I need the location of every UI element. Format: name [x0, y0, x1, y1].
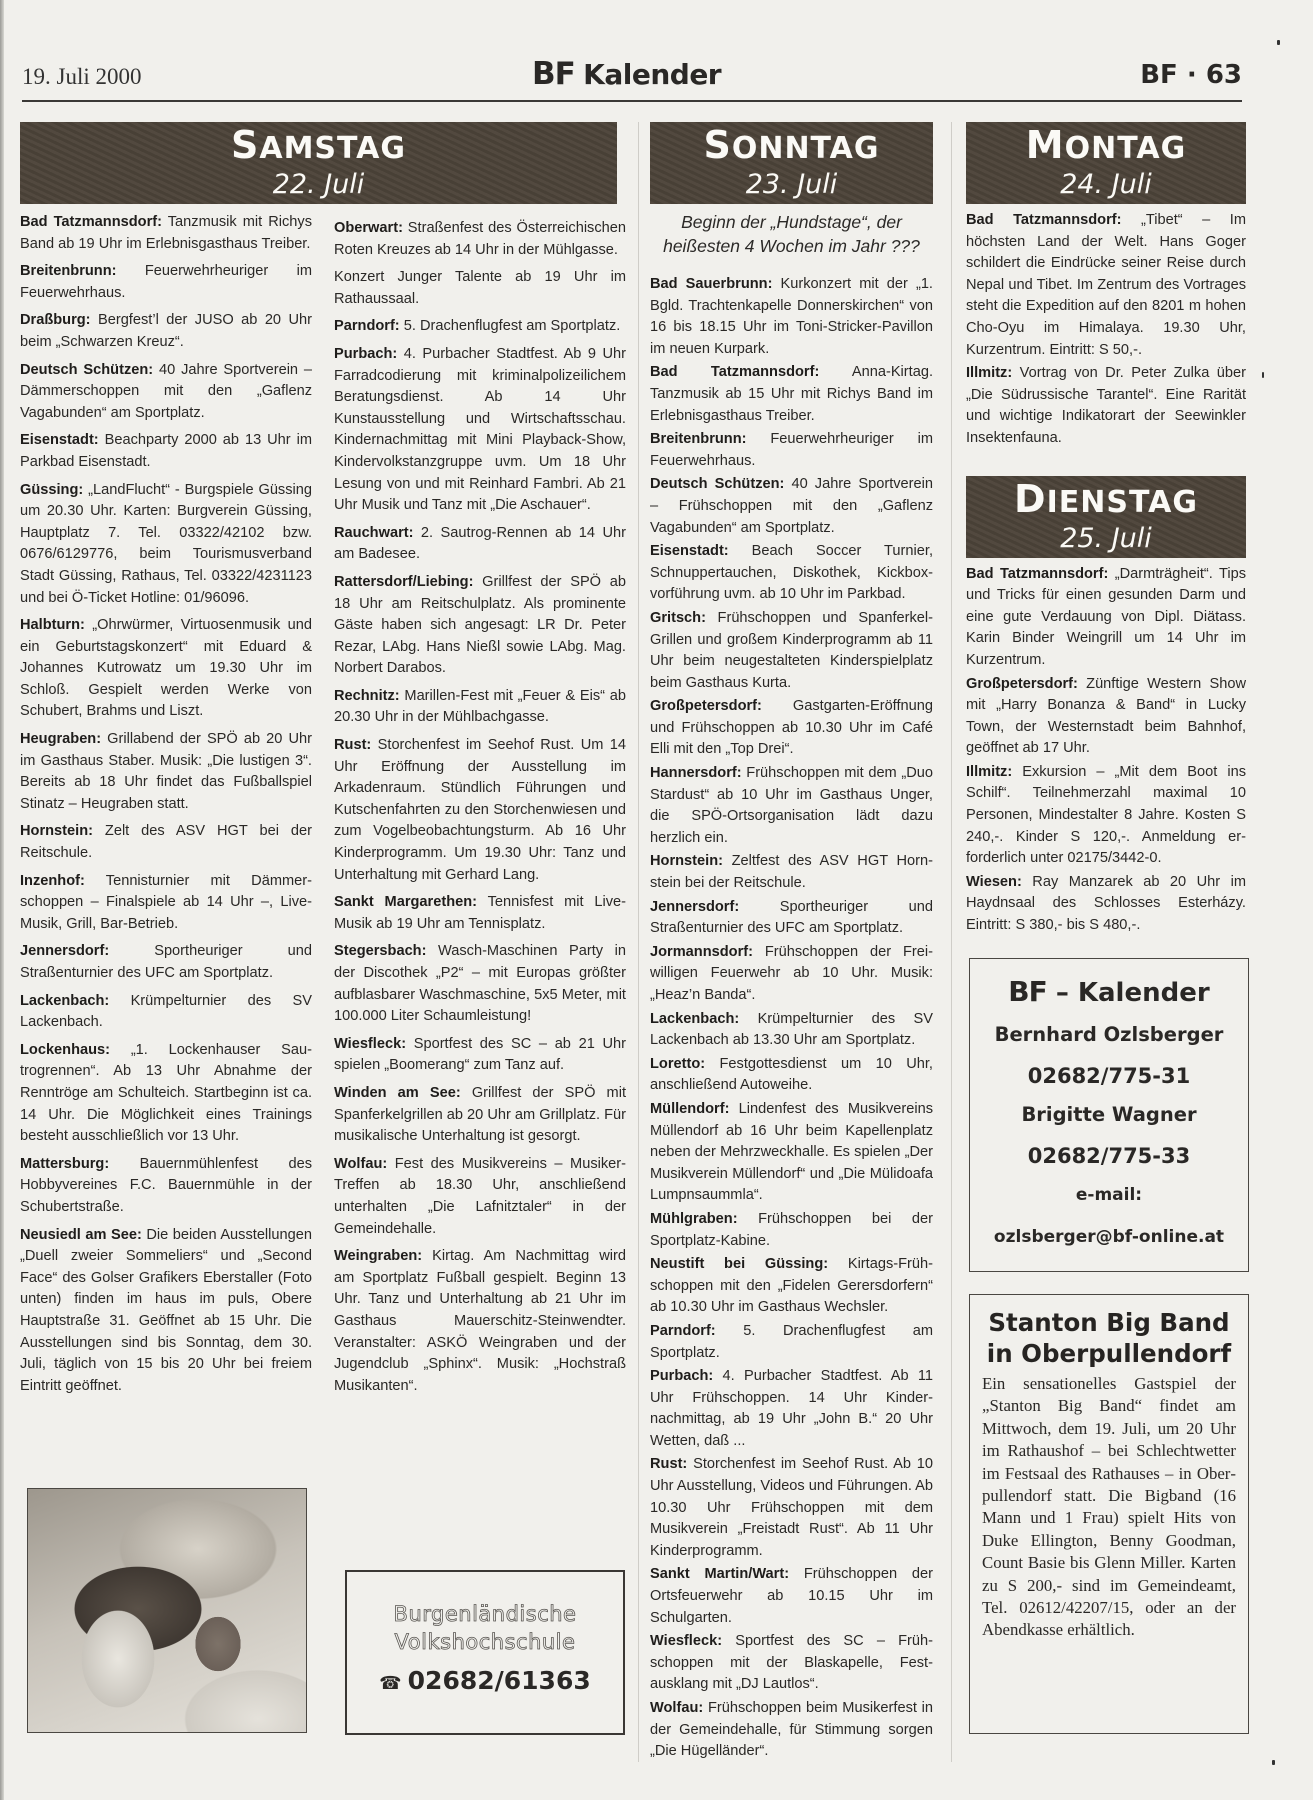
- event-location: Oberwart:: [334, 220, 403, 236]
- vhs-ad-line1: Burgenländische: [347, 1600, 623, 1628]
- article-body: Ein sensationelles Gastspiel der „Stanto…: [982, 1373, 1236, 1642]
- event-location: Parndorf:: [334, 318, 400, 334]
- page-brand: BF: [1140, 60, 1178, 90]
- event-entry: Mühlgraben: Frühschoppen bei der Sportpl…: [650, 1209, 933, 1252]
- event-entry: Hornstein: Zelt des ASV HGT bei der Reit…: [20, 821, 312, 864]
- event-location: Bad Tatzmannsdorf:: [20, 214, 162, 230]
- event-description: „Tibet“ – Im höchsten Land der Welt. Han…: [966, 212, 1246, 358]
- day-date: 24. Juli: [966, 168, 1246, 202]
- event-description: „LandFlucht“ - Burgspiele Güssing um 20.…: [20, 482, 312, 606]
- event-location: Bad Tatzmannsdorf:: [966, 212, 1121, 228]
- event-entry: Großpetersdorf: Gastgarten-Eröff­nung un…: [650, 696, 933, 761]
- event-entry: Loretto: Festgottesdienst um 10 Uhr, ans…: [650, 1054, 933, 1097]
- bf-kalender-contact-box: BF – Kalender Bernhard Ozlsberger 02682/…: [969, 958, 1249, 1272]
- event-location: Großpetersdorf:: [650, 698, 762, 714]
- event-location: Weingraben:: [334, 1248, 422, 1264]
- contact-name-1: Bernhard Ozlsberger: [970, 1022, 1248, 1048]
- event-entry: Rauchwart: 2. Sautrog-Rennen ab 14 Uhr a…: [334, 523, 626, 566]
- event-entry: Eisenstadt: Beach Soccer Turnier, Schnup…: [650, 541, 933, 606]
- event-location: Wiesen:: [966, 874, 1022, 890]
- vhs-ad-phone-number: 02682/61363: [408, 1666, 591, 1695]
- event-location: Wolfau:: [334, 1156, 387, 1172]
- event-list: Oberwart: Straßenfest des Öster­reichisc…: [334, 218, 626, 1397]
- event-location: Winden am See:: [334, 1085, 461, 1101]
- event-entry: Winden am See: Grillfest der SPÖ mit Spa…: [334, 1083, 626, 1148]
- event-entry: Parndorf: 5. Drachenflugfest am Sportpla…: [334, 316, 626, 338]
- event-list: Bad Sauerbrunn: Kurkonzert mit der „1. B…: [650, 274, 933, 1763]
- day-name: SONNTAG: [650, 126, 933, 168]
- event-entry: Wolfau: Fest des Musikvereins – Mu­siker…: [334, 1154, 626, 1240]
- event-location: Rust:: [650, 1456, 687, 1472]
- contact-box-title-text: – Kalender: [1047, 978, 1210, 1008]
- event-description: Storchenfest im Seehof Rust. Ab 10 Uhr A…: [650, 1456, 933, 1558]
- masthead-rule: [22, 100, 1242, 102]
- event-entry: Eisenstadt: Beachparty 2000 ab 13 Uhr im…: [20, 430, 312, 473]
- event-entry: Jennersdorf: Sportheuriger und Straßentu…: [20, 941, 312, 984]
- vhs-ad-phone: ☎02682/61363: [347, 1666, 623, 1695]
- event-location: Sankt Martin/Wart:: [650, 1566, 789, 1582]
- article-title: Stanton Big Band in Oberpullendorf: [982, 1307, 1236, 1369]
- event-location: Draßburg:: [20, 312, 91, 328]
- contact-phone-1: 02682/775-31: [970, 1062, 1248, 1090]
- event-location: Rauchwart:: [334, 525, 413, 541]
- day-date: 25. Juli: [966, 522, 1246, 556]
- event-location: Loretto:: [650, 1056, 705, 1072]
- event-location: Rechnitz:: [334, 688, 400, 704]
- event-location: Hannersdorf:: [650, 765, 742, 781]
- event-entry: Rust: Storchenfest im Seehof Rust. Ab 10…: [650, 1454, 933, 1562]
- event-entry: Güssing: „LandFlucht“ - Burgspiele Güssi…: [20, 480, 312, 610]
- event-location: Jennersdorf:: [20, 943, 109, 959]
- event-location: Wolfau:: [650, 1700, 703, 1716]
- day-name: MONTAG: [966, 126, 1246, 168]
- scan-speck: [1277, 40, 1280, 45]
- event-entry: Stegersbach: Wasch-Maschinen Par­ty in d…: [334, 941, 626, 1027]
- event-location: Bad Tatzmannsdorf:: [650, 364, 819, 380]
- event-entry: Bad Tatzmannsdorf: „Darmträgheit“. Tips …: [966, 564, 1246, 672]
- day-header-sonntag: SONNTAG 23. Juli: [650, 122, 933, 204]
- day-header-samstag: SAMSTAG 22. Juli: [20, 122, 617, 204]
- event-location: Stegersbach:: [334, 943, 426, 959]
- event-location: Sankt Margarethen:: [334, 894, 477, 910]
- event-list: Bad Tatzmannsdorf: Tanzmusik mit Richys …: [20, 212, 312, 1397]
- event-entry: Weingraben: Kirtag. Am Nachmittag wird a…: [334, 1246, 626, 1397]
- vhs-ad: Burgenländische Volkshochschule ☎02682/6…: [345, 1570, 625, 1735]
- page-number: BF · 63: [1140, 60, 1242, 90]
- event-description: 5. Drachenflugfest am Sportplatz.: [400, 318, 621, 334]
- day-name: SAMSTAG: [20, 126, 617, 168]
- event-entry: Bad Tatzmannsdorf: Anna-Kirtag. Tanzmusi…: [650, 362, 933, 427]
- event-list: Bad Tatzmannsdorf: „Darmträgheit“. Tips …: [966, 564, 1246, 937]
- event-location: Eisenstadt:: [650, 543, 729, 559]
- column-divider: [951, 122, 952, 1762]
- day-date: 22. Juli: [20, 168, 617, 202]
- stanton-big-band-article: Stanton Big Band in Oberpullendorf Ein s…: [969, 1294, 1249, 1734]
- event-location: Deutsch Schützen:: [650, 476, 784, 492]
- event-location: Deutsch Schützen:: [20, 362, 153, 378]
- event-entry: Bad Sauerbrunn: Kurkonzert mit der „1. B…: [650, 274, 933, 360]
- telephone-icon: ☎: [379, 1673, 401, 1694]
- event-entry: Müllendorf: Lindenfest des Musikver­eins…: [650, 1099, 933, 1207]
- day-header-dienstag: DIENSTAG 25. Juli: [966, 476, 1246, 558]
- event-entry: Gritsch: Frühschoppen und Spanfer­kel-Gr…: [650, 608, 933, 694]
- event-entry: Sankt Martin/Wart: Frühschoppen der Orts…: [650, 1564, 933, 1629]
- event-entry: Jennersdorf: Sportheuriger und Straßentu…: [650, 897, 933, 940]
- event-entry: Konzert Junger Talente ab 19 Uhr im Rath…: [334, 267, 626, 310]
- issue-date: 19. Juli 2000: [22, 64, 141, 90]
- event-entry: Jormannsdorf: Frühschoppen der Frei­will…: [650, 942, 933, 1007]
- event-entry: Lackenbach: Krümpelturnier des SV Lacken…: [20, 991, 312, 1034]
- event-location: Eisenstadt:: [20, 432, 99, 448]
- event-location: Müllendorf:: [650, 1101, 729, 1117]
- event-location: Purbach:: [334, 346, 397, 362]
- event-location: Illmitz:: [966, 764, 1012, 780]
- event-description: 4. Purbacher Stadtfest. Ab 9 Uhr Farradc…: [334, 346, 626, 513]
- event-entry: Bad Tatzmannsdorf: „Tibet“ – Im höchsten…: [966, 210, 1246, 361]
- event-entry: Rattersdorf/Liebing: Grillfest der SPÖ a…: [334, 572, 626, 680]
- event-entry: Hannersdorf: Frühschoppen mit dem „Duo S…: [650, 763, 933, 849]
- event-entry: Neustift bei Güssing: Kirtags-Früh­schop…: [650, 1254, 933, 1319]
- event-entry: Neusiedl am See: Die beiden Ausstel­lung…: [20, 1225, 312, 1398]
- event-entry: Inzenhof: Tennisturnier mit Dämmer­schop…: [20, 871, 312, 936]
- event-location: Parndorf:: [650, 1323, 716, 1339]
- article-title-line2: in Oberpullendorf: [982, 1338, 1236, 1369]
- event-location: Mattersburg:: [20, 1156, 109, 1172]
- event-location: Lackenbach:: [650, 1011, 739, 1027]
- column-sonntag: SONNTAG 23. Juli Beginn der „Hundstage“,…: [650, 122, 933, 1763]
- event-location: Breitenbrunn:: [650, 431, 746, 447]
- event-location: Neusiedl am See:: [20, 1227, 142, 1243]
- event-entry: Oberwart: Straßenfest des Öster­reichisc…: [334, 218, 626, 261]
- day-name: DIENSTAG: [966, 480, 1246, 522]
- bf-logo: BF: [532, 56, 575, 92]
- event-entry: Parndorf: 5. Drachenflugfest am Sportpla…: [650, 1321, 933, 1364]
- event-location: Rust:: [334, 737, 371, 753]
- event-location: Rattersdorf/Liebing:: [334, 574, 473, 590]
- scan-speck: [1262, 372, 1264, 378]
- masthead: 19. Juli 2000 BF Kalender BF · 63: [22, 52, 1242, 96]
- event-entry: Bad Tatzmannsdorf: Tanzmusik mit Richys …: [20, 212, 312, 255]
- event-description: Kirtag. Am Nachmittag wird am Sportplatz…: [334, 1248, 626, 1394]
- column-samstag-2: Oberwart: Straßenfest des Öster­reichisc…: [334, 212, 626, 1397]
- event-entry: Wolfau: Frühschoppen beim Musiker­fest i…: [650, 1698, 933, 1763]
- email-address[interactable]: ozlsberger@bf-online.at: [970, 1226, 1248, 1248]
- section-title-text: Kalender: [583, 58, 721, 91]
- event-entry: Deutsch Schützen: 40 Jahre Sportver­ein …: [650, 474, 933, 539]
- event-description: Konzert Junger Talente ab 19 Uhr im Rath…: [334, 269, 626, 307]
- event-location: Hornstein:: [20, 823, 93, 839]
- article-title-line1: Stanton Big Band: [982, 1307, 1236, 1338]
- section-title: BF Kalender: [532, 56, 721, 92]
- event-entry: Wiesfleck: Sportfest des SC – ab 21 Uhr …: [334, 1034, 626, 1077]
- event-location: Bad Tatzmannsdorf:: [966, 566, 1108, 582]
- event-location: Neustift bei Güssing:: [650, 1256, 828, 1272]
- event-location: Breitenbrunn:: [20, 263, 116, 279]
- event-location: Illmitz:: [966, 365, 1012, 381]
- event-location: Wiesfleck:: [334, 1036, 406, 1052]
- event-location: Wiesfleck:: [650, 1633, 722, 1649]
- page-separator: ·: [1187, 60, 1197, 90]
- event-entry: Illmitz: Vortrag von Dr. Peter Zulka übe…: [966, 363, 1246, 449]
- contact-name-2: Brigitte Wagner: [970, 1102, 1248, 1128]
- event-location: Bad Sauerbrunn:: [650, 276, 772, 292]
- contact-phone-2: 02682/775-33: [970, 1142, 1248, 1170]
- event-entry: Rust: Storchenfest im Seehof Rust. Um 14…: [334, 735, 626, 886]
- day-date: 23. Juli: [650, 168, 933, 202]
- event-entry: Illmitz: Exkursion – „Mit dem Boot ins S…: [966, 762, 1246, 870]
- day-header-montag: MONTAG 24. Juli: [966, 122, 1246, 204]
- event-entry: Wiesfleck: Sportfest des SC – Früh­schop…: [650, 1631, 933, 1696]
- event-entry: Halbturn: „Ohrwürmer, Virtuosenmu­sik un…: [20, 615, 312, 723]
- event-location: Lockenhaus:: [20, 1042, 110, 1058]
- event-location: Lackenbach:: [20, 993, 109, 1009]
- page-number-value: 63: [1206, 60, 1242, 90]
- event-entry: Großpetersdorf: Zünftige Western Show mi…: [966, 674, 1246, 760]
- event-location: Gritsch:: [650, 610, 706, 626]
- event-location: Mühlgraben:: [650, 1211, 738, 1227]
- email-label: e-mail:: [970, 1184, 1248, 1206]
- event-location: Jormannsdorf:: [650, 944, 753, 960]
- event-location: Halbturn:: [20, 617, 85, 633]
- event-location: Heugraben:: [20, 731, 101, 747]
- sonntag-intro: Beginn der „Hundstage“, der heißesten 4 …: [650, 210, 933, 258]
- event-description: Storchenfest im Seehof Rust. Um 14 Uhr E…: [334, 737, 626, 883]
- bf-logo: BF: [1008, 975, 1046, 1008]
- photo-eberstaller: [27, 1488, 307, 1733]
- event-entry: Deutsch Schützen: 40 Jahre Sportver­ein …: [20, 360, 312, 425]
- event-location: Jennersdorf:: [650, 899, 739, 915]
- vhs-ad-line2: Volkshochschule: [347, 1628, 623, 1656]
- event-entry: Sankt Margarethen: Tennisfest mit Li­ve-…: [334, 892, 626, 935]
- event-location: Güssing:: [20, 482, 83, 498]
- event-entry: Heugraben: Grillabend der SPÖ ab 20 Uhr …: [20, 729, 312, 815]
- event-entry: Lackenbach: Krümpelturnier des SV Lacken…: [650, 1009, 933, 1052]
- event-entry: Breitenbrunn: Feuerwehrheuriger im Feuer…: [20, 261, 312, 304]
- event-entry: Draßburg: Bergfest’l der JUSO ab 20 Uhr …: [20, 310, 312, 353]
- event-entry: Mattersburg: Bauernmühlenfest des Hobbyv…: [20, 1154, 312, 1219]
- event-location: Großpetersdorf:: [966, 676, 1078, 692]
- scan-speck: [1272, 1760, 1275, 1765]
- event-location: Inzenhof:: [20, 873, 85, 889]
- event-entry: Wiesen: Ray Manzarek ab 20 Uhr im Haydns…: [966, 872, 1246, 937]
- column-divider: [638, 122, 639, 1762]
- column-samstag-1: SAMSTAG 22. Juli Bad Tatzmannsdorf: Tanz…: [20, 122, 312, 1397]
- event-entry: Breitenbrunn: Feuerwehrheuriger im Feuer…: [650, 429, 933, 472]
- event-entry: Purbach: 4. Purbacher Stadtfest. Ab 9 Uh…: [334, 344, 626, 517]
- event-location: Purbach:: [650, 1368, 713, 1384]
- event-entry: Hornstein: Zeltfest des ASV HGT Horn­ste…: [650, 851, 933, 894]
- contact-box-title: BF – Kalender: [970, 975, 1248, 1010]
- page-edge: [0, 0, 4, 1800]
- column-montag-dienstag: MONTAG 24. Juli Bad Tatzmannsdorf: „Tibe…: [966, 122, 1246, 937]
- event-entry: Purbach: 4. Purbacher Stadtfest. Ab 11 U…: [650, 1366, 933, 1452]
- event-list: Bad Tatzmannsdorf: „Tibet“ – Im höchsten…: [966, 210, 1246, 450]
- event-location: Hornstein:: [650, 853, 723, 869]
- event-entry: Lockenhaus: „1. Lockenhauser Sau­trogren…: [20, 1040, 312, 1148]
- event-entry: Rechnitz: Marillen-Fest mit „Feuer & Eis…: [334, 686, 626, 729]
- event-description: Die beiden Ausstel­lungen „Duell zweier …: [20, 1227, 312, 1394]
